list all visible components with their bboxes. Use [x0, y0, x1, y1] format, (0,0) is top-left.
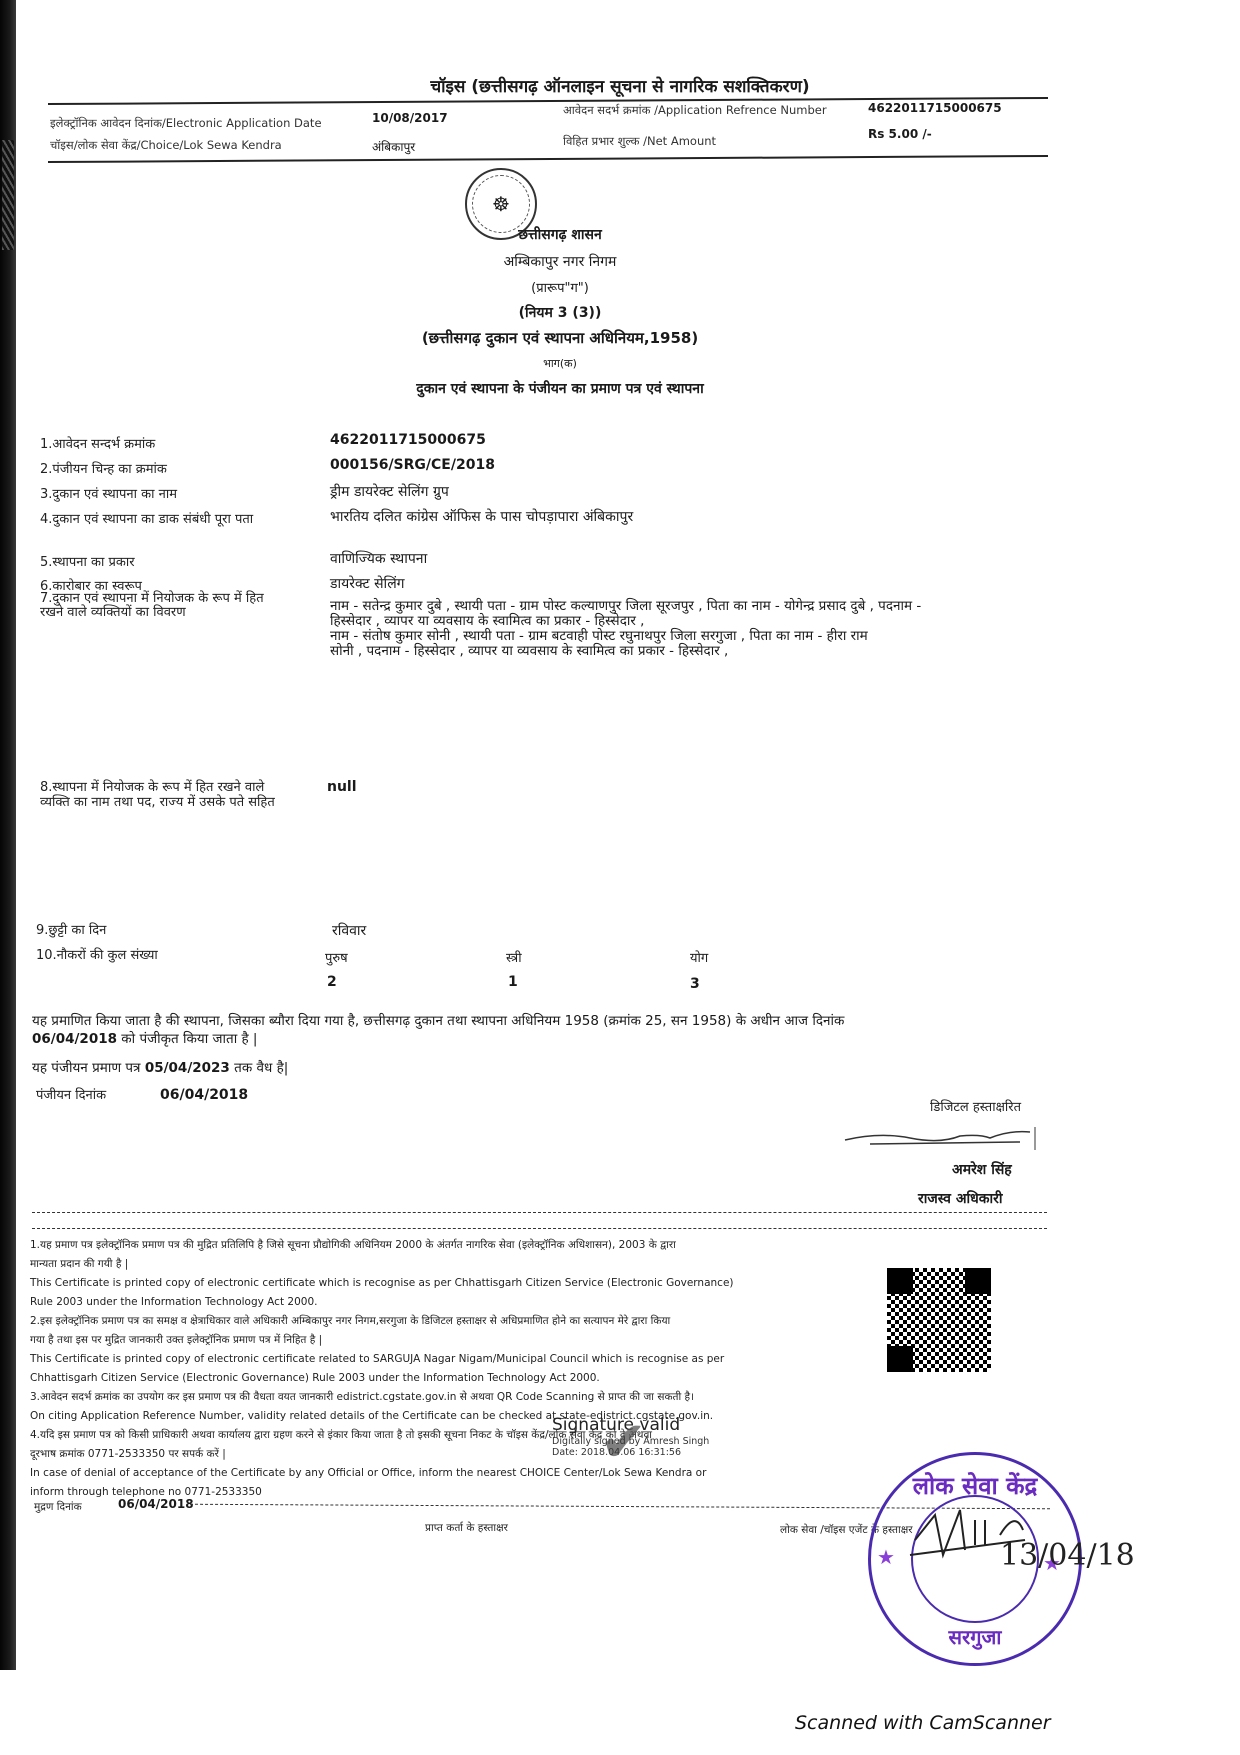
field-4-value: भारतिय दलित कांग्रेस ऑफिस के पास चोपड़ाप…	[330, 507, 633, 526]
field-6-value: डायरेक्ट सेलिंग	[330, 574, 405, 593]
footnote-line: On citing Application Reference Number, …	[30, 1407, 880, 1426]
registration-date: 06/04/2018	[160, 1087, 248, 1103]
employees-total-count: 3	[690, 976, 700, 992]
amount-label: विहित प्रभार शुल्क /Net Amount	[563, 134, 716, 149]
star-icon: ★	[877, 1545, 895, 1569]
signature-scribble	[840, 1122, 1040, 1152]
part-label: भाग(क)	[0, 356, 1120, 371]
footnote-line: 2.इस इलेक्ट्रॉनिक प्रमाण पत्र का समक्ष व…	[30, 1312, 880, 1331]
field-10-label: 10.नौकरों की कुल संख्या	[36, 945, 158, 963]
digitally-signed-label: डिजिटल हस्ताक्षरित	[930, 1097, 1021, 1115]
field-3-label: 3.दुकान एवं स्थापना का नाम	[40, 484, 177, 502]
partner-line: सोनी , पदनाम - हिस्सेदार , व्यापर या व्य…	[330, 644, 921, 659]
field-7-label: 7.दुकान एवं स्थापना में नियोजक के रूप मे…	[40, 592, 290, 620]
registration-date-inline: 06/04/2018	[32, 1031, 117, 1047]
partner-line: हिस्सेदार , व्यापर या व्यवसाय के स्वामित…	[330, 614, 921, 629]
footnote-line: Rule 2003 under the Information Technolo…	[30, 1293, 880, 1312]
footnote-line: 3.आवेदन सदर्भ क्रमांक का उपयोग कर इस प्र…	[30, 1388, 880, 1407]
field-8-label: 8.स्थापना में नियोजक के रूप में हित रखने…	[40, 780, 295, 810]
employees-male-header: पुरुष	[325, 948, 348, 966]
field-5-value: वाणिज्यिक स्थापना	[330, 549, 427, 568]
field-3-value: ड्रीम डायरेक्ट सेलिंग ग्रुप	[330, 482, 449, 501]
employees-male-count: 2	[327, 974, 337, 990]
footnote-line: मान्यता प्रदान की गयी है |	[30, 1255, 880, 1274]
footnote-line: This Certificate is printed copy of elec…	[30, 1350, 880, 1369]
rule-label: (नियम 3 (3))	[0, 303, 1120, 322]
qr-code[interactable]	[887, 1268, 991, 1372]
footnote-line: Chhattisgarh Citizen Service (Electronic…	[30, 1369, 880, 1388]
validity-text: यह पंजीयन प्रमाण पत्र 05/04/2023 तक वैध …	[32, 1059, 288, 1077]
employees-total-header: योग	[690, 948, 708, 966]
field-9-label: 9.छुट्टी का दिन	[36, 920, 106, 938]
field-9-value: रविवार	[332, 921, 366, 940]
footnote-line: 1.यह प्रमाण पत्र इलेक्ट्रॉनिक प्रमाण पत्…	[30, 1236, 880, 1255]
footnote-line: गया है तथा इस पर मुद्रित जानकारी उक्त इल…	[30, 1331, 880, 1350]
scan-edge	[0, 0, 16, 1670]
print-date: 06/04/2018	[118, 1497, 194, 1511]
form-label: (प्रारूप"ग")	[0, 278, 1120, 296]
reference-label: आवेदन सदर्भ क्रमांक /Application Refrenc…	[563, 104, 833, 116]
amount-value: Rs 5.00 /-	[868, 127, 932, 141]
signatory-name: अमरेश सिंह	[952, 1160, 1012, 1179]
print-date-label: मुद्रण दिनांक	[34, 1498, 82, 1517]
certificate-title: दुकान एवं स्थापना के पंजीयन का प्रमाण पत…	[0, 379, 1120, 398]
government-name: छत्तीसगढ़ शासन	[0, 225, 1120, 244]
field-1-label: 1.आवेदन सन्दर्भ क्रमांक	[40, 434, 155, 452]
municipal-body: अम्बिकापुर नगर निगम	[0, 252, 1120, 271]
footnote-top-divider	[32, 1212, 1047, 1213]
application-date: 10/08/2017	[372, 111, 448, 125]
document-title: चॉइस (छत्तीसगढ़ ऑनलाइन सूचना से नागरिक स…	[0, 74, 1240, 97]
applicant-signature-label: प्राप्त कर्ता के हस्ताक्षर	[425, 1519, 508, 1538]
employees-female-count: 1	[508, 974, 518, 990]
field-2-value: 000156/SRG/CE/2018	[330, 457, 495, 473]
field-5-label: 5.स्थापना का प्रकार	[40, 552, 135, 570]
partner-line: नाम - सतेन्द्र कुमार दुबे , स्थायी पता -…	[330, 599, 921, 614]
application-date-label: इलेक्ट्रॉनिक आवेदन दिनांक/Electronic App…	[50, 116, 322, 131]
partner-line: नाम - संतोष कुमार सोनी , स्थायी पता - ग्…	[330, 629, 921, 644]
footnote-line: दूरभाष क्रमांक 0771-2533350 पर सपर्क करे…	[30, 1445, 880, 1464]
footnote-line: This Certificate is printed copy of elec…	[30, 1274, 880, 1293]
signature-meta: Digitally signed by Amresh Singh Date: 2…	[552, 1436, 709, 1458]
footnote-line: 4.यदि इस प्रमाण पत्र को किसी प्राधिकारी …	[30, 1426, 880, 1445]
field-1-value: 4622011715000675	[330, 432, 486, 448]
kendra-label: चॉइस/लोक सेवा केंद्र/Choice/Lok Sewa Ken…	[50, 138, 282, 153]
camscanner-watermark: Scanned with CamScanner	[795, 1712, 1051, 1734]
footnote-top-divider-2	[32, 1228, 1047, 1229]
reference-number: 4622011715000675	[868, 101, 1002, 115]
field-2-label: 2.पंजीयन चिन्ह का क्रमांक	[40, 459, 167, 477]
certification-text: यह प्रमाणित किया जाता है की स्थापना, जिस…	[32, 1012, 992, 1048]
footnotes: 1.यह प्रमाण पत्र इलेक्ट्रॉनिक प्रमाण पत्…	[30, 1236, 880, 1502]
registration-date-label: पंजीयन दिनांक	[36, 1085, 106, 1103]
field-8-value: null	[327, 779, 357, 795]
signatory-designation: राजस्व अधिकारी	[918, 1189, 1003, 1208]
stamp-bottom-text: सरगुजा	[871, 1623, 1079, 1650]
employees-female-header: स्त्री	[506, 948, 522, 966]
field-4-label: 4.दुकान एवं स्थापना का डाक संबंधी पूरा प…	[40, 509, 253, 527]
footnote-line: In case of denial of acceptance of the C…	[30, 1464, 880, 1483]
field-7-value: नाम - सतेन्द्र कुमार दुबे , स्थायी पता -…	[330, 599, 921, 659]
validity-date: 05/04/2023	[145, 1060, 230, 1076]
stamp-handwritten-date: 13/04/18	[1000, 1538, 1135, 1573]
act-label: (छत्तीसगढ़ दुकान एवं स्थापना अधिनियम,195…	[0, 328, 1120, 348]
header-bottom-rule	[48, 155, 1048, 163]
kendra-value: अंबिकापुर	[372, 138, 415, 155]
